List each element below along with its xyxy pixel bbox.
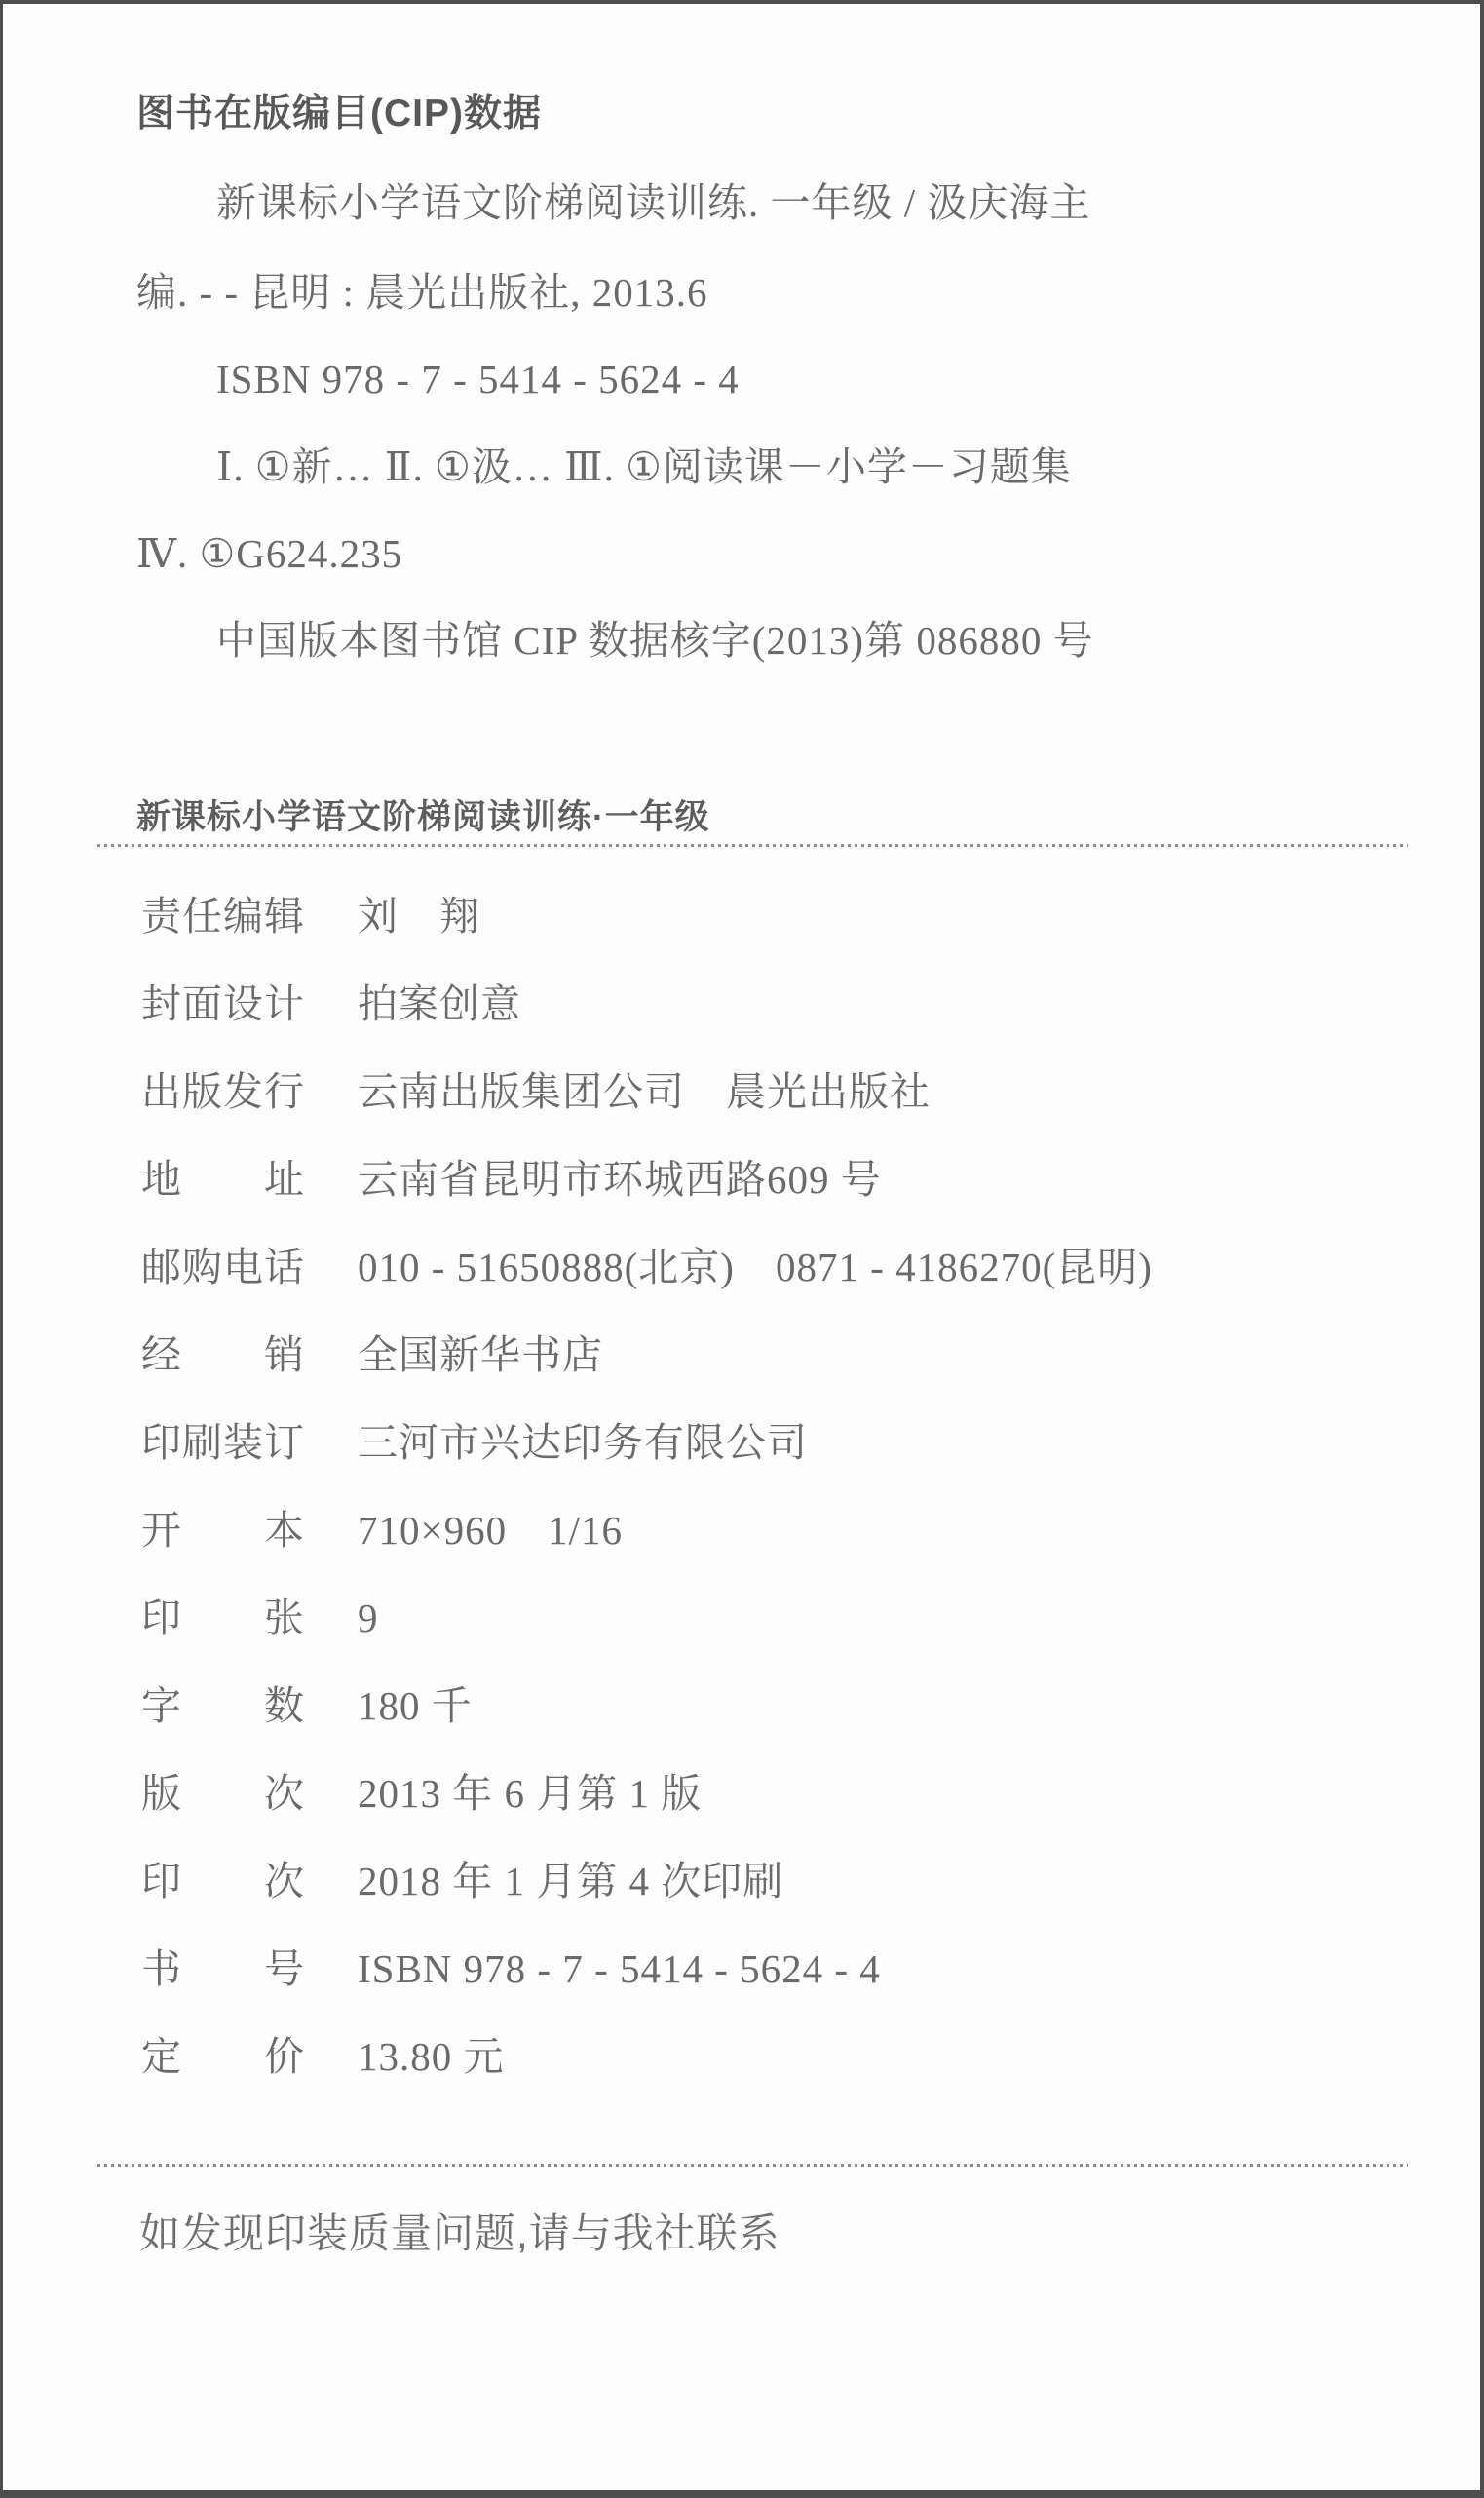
info-value: 三河市兴达印务有限公司 [358, 1423, 808, 1463]
info-label: 地 址 [141, 1160, 313, 1200]
info-value: 180 千 [358, 1686, 473, 1726]
scan-edge-bottom [0, 2490, 1484, 2498]
info-row-distribution: 经 销 全国新华书店 [141, 1335, 1153, 1423]
info-row-word-count: 字 数 180 千 [141, 1686, 1153, 1774]
info-label: 开 本 [141, 1511, 313, 1551]
info-label: 定 价 [141, 2037, 313, 2077]
info-value: 2013 年 6 月第 1 版 [358, 1774, 702, 1814]
book-title: 新课标小学语文阶梯阅读训练·一年级 [136, 800, 710, 834]
cip-line-title: 新课标小学语文阶梯阅读训练. 一年级 / 汲庆海主 [216, 183, 1090, 223]
info-row-cover-design: 封面设计 拍案创意 [141, 984, 1153, 1072]
info-value: 云南出版集团公司 晨光出版社 [358, 1072, 931, 1112]
cip-line-class-number: Ⅳ. ①G624.235 [136, 534, 402, 574]
info-label: 邮购电话 [141, 1248, 313, 1287]
info-value: 刘 翔 [358, 897, 480, 937]
info-row-isbn: 书 号 ISBN 978 - 7 - 5414 - 5624 - 4 [141, 1949, 1153, 2037]
dotted-divider-top [97, 844, 1408, 847]
info-label: 版 次 [141, 1774, 313, 1814]
cip-line-isbn: ISBN 978 - 7 - 5414 - 5624 - 4 [216, 360, 740, 400]
info-label: 出版发行 [141, 1072, 313, 1112]
info-row-mail-order-phone: 邮购电话 010 - 51650888(北京) 0871 - 4186270(昆… [141, 1248, 1153, 1335]
info-value: 9 [358, 1598, 379, 1638]
scan-edge-left [0, 0, 3, 2498]
info-value: 2018 年 1 月第 4 次印刷 [358, 1862, 783, 1902]
cip-line-classification: Ⅰ. ①新… Ⅱ. ①汲… Ⅲ. ①阅读课－小学－习题集 [216, 447, 1072, 487]
info-value: 710×960 1/16 [358, 1511, 623, 1551]
info-label: 经 销 [141, 1335, 313, 1375]
info-value: 全国新华书店 [358, 1335, 603, 1375]
cip-line-publisher: 编. - - 昆明 : 晨光出版社, 2013.6 [136, 273, 707, 313]
quality-notice: 如发现印装质量问题,请与我社联系 [139, 2213, 780, 2254]
info-row-format: 开 本 710×960 1/16 [141, 1511, 1153, 1598]
info-value: 010 - 51650888(北京) 0871 - 4186270(昆明) [358, 1248, 1153, 1287]
cip-heading: 图书在版编目(CIP)数据 [136, 95, 542, 133]
info-label: 责任编辑 [141, 897, 313, 937]
info-row-printing-binding: 印刷装订 三河市兴达印务有限公司 [141, 1423, 1153, 1511]
scan-edge-right [1480, 0, 1484, 2498]
info-value: ISBN 978 - 7 - 5414 - 5624 - 4 [358, 1949, 881, 1989]
info-row-address: 地 址 云南省昆明市环城西路609 号 [141, 1160, 1153, 1248]
dotted-divider-bottom [97, 2164, 1408, 2167]
info-row-price: 定 价 13.80 元 [141, 2037, 1153, 2125]
info-label: 字 数 [141, 1686, 313, 1726]
info-label: 封面设计 [141, 984, 313, 1024]
info-label: 印 次 [141, 1862, 313, 1902]
info-label: 印 张 [141, 1598, 313, 1638]
info-label: 书 号 [141, 1949, 313, 1989]
publication-info-list: 责任编辑 刘 翔 封面设计 拍案创意 出版发行 云南出版集团公司 晨光出版社 地… [141, 897, 1153, 2125]
info-row-sheets: 印 张 9 [141, 1598, 1153, 1686]
info-row-editor: 责任编辑 刘 翔 [141, 897, 1153, 984]
scan-edge-top [0, 0, 1484, 4]
info-value: 拍案创意 [358, 984, 521, 1024]
cip-line-record-number: 中国版本图书馆 CIP 数据核字(2013)第 086880 号 [216, 621, 1094, 661]
info-row-publisher: 出版发行 云南出版集团公司 晨光出版社 [141, 1072, 1153, 1160]
info-value: 云南省昆明市环城西路609 号 [358, 1160, 882, 1200]
info-row-edition: 版 次 2013 年 6 月第 1 版 [141, 1774, 1153, 1862]
info-row-impression: 印 次 2018 年 1 月第 4 次印刷 [141, 1862, 1153, 1949]
book-copyright-page: 图书在版编目(CIP)数据 新课标小学语文阶梯阅读训练. 一年级 / 汲庆海主 … [0, 0, 1484, 2498]
info-label: 印刷装订 [141, 1423, 313, 1463]
info-value: 13.80 元 [358, 2037, 505, 2077]
